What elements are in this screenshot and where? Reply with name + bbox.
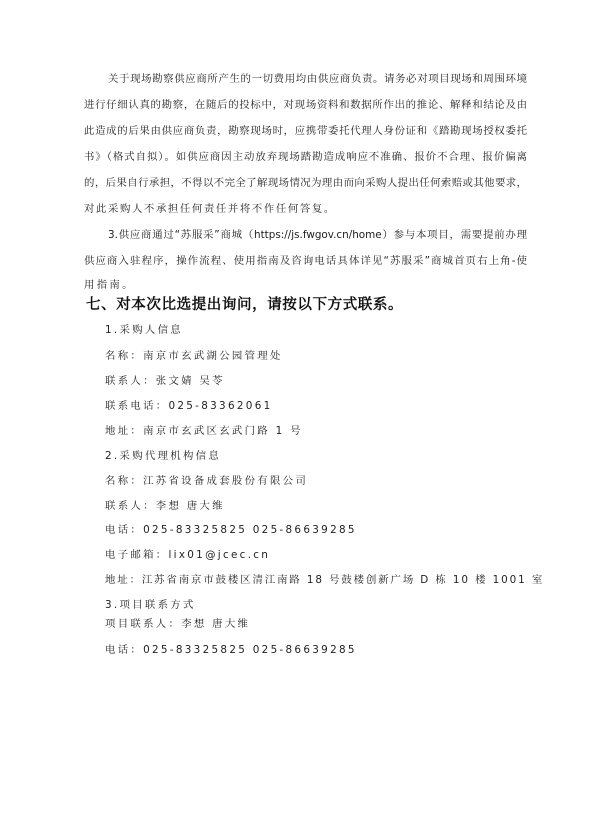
purchaser-title: 1.采购人信息: [105, 323, 183, 337]
purchaser-address: 地址：南京市玄武区玄武门路 1 号: [105, 424, 303, 438]
agency-title: 2.采购代理机构信息: [105, 449, 221, 463]
project-contact-person: 项目联系人：李想 唐大维: [105, 617, 250, 631]
paragraph-site-visit-line-5: 的，后果自行承担，不得以不完全了解现场情况为理由而向采购人提出任何索赔或其他要求…: [84, 176, 527, 190]
purchaser-name: 名称：南京市玄武湖公园管理处: [105, 349, 283, 363]
agency-address: 地址：江苏省南京市鼓楼区清江南路 18 号鼓楼创新广场 D 栋 10 楼 100…: [105, 573, 544, 587]
project-contact-phone: 电话：025-83325825 025-86639285: [105, 643, 357, 657]
agency-name: 名称：江苏省设备成套股份有限公司: [105, 474, 308, 488]
paragraph-site-visit-line-6: 对此采购人不承担任何责任并将不作任何答复。: [84, 202, 336, 216]
paragraph-site-visit-line-1: 关于现场勘察供应商所产生的一切费用均由供应商负责。请务必对项目现场和周围环境: [108, 72, 527, 86]
agency-contact: 联系人：李想 唐大维: [105, 499, 225, 513]
paragraph-site-visit-line-4: 书》（格式自拟）。如供应商因主动放弃现场踏勘造成响应不准确、报价不合理、报价偏离: [84, 150, 527, 164]
project-contact-title: 3.项目联系方式: [105, 598, 196, 612]
purchaser-contact: 联系人：张文婧 吴苓: [105, 374, 225, 388]
paragraph-platform-line-3: 用指南。: [84, 278, 135, 292]
agency-email: 电子邮箱：lix01@jcec.cn: [105, 548, 270, 562]
paragraph-site-visit-line-3: 此造成的后果由供应商负责，勘察现场时，应携带委托代理人身份证和《踏勘现场授权委托: [84, 124, 527, 138]
paragraph-site-visit-line-2: 进行仔细认真的勘察，在随后的投标中，对现场资料和数据所作出的推论、解释和结论及由: [84, 98, 527, 112]
agency-phone: 电话：025-83325825 025-86639285: [105, 523, 357, 537]
paragraph-platform-line-2: 供应商入驻程序，操作流程、使用指南及咨询电话具体详见“苏服采”商城首页右上角-使: [84, 254, 527, 268]
paragraph-platform-line-1: 3.供应商通过“苏服采”商城（https://js.fwgov.cn/home）…: [108, 228, 527, 242]
section-heading: 七、对本次比选提出询问，请按以下方式联系。: [86, 296, 403, 314]
purchaser-phone: 联系电话：025-83362061: [105, 399, 273, 413]
